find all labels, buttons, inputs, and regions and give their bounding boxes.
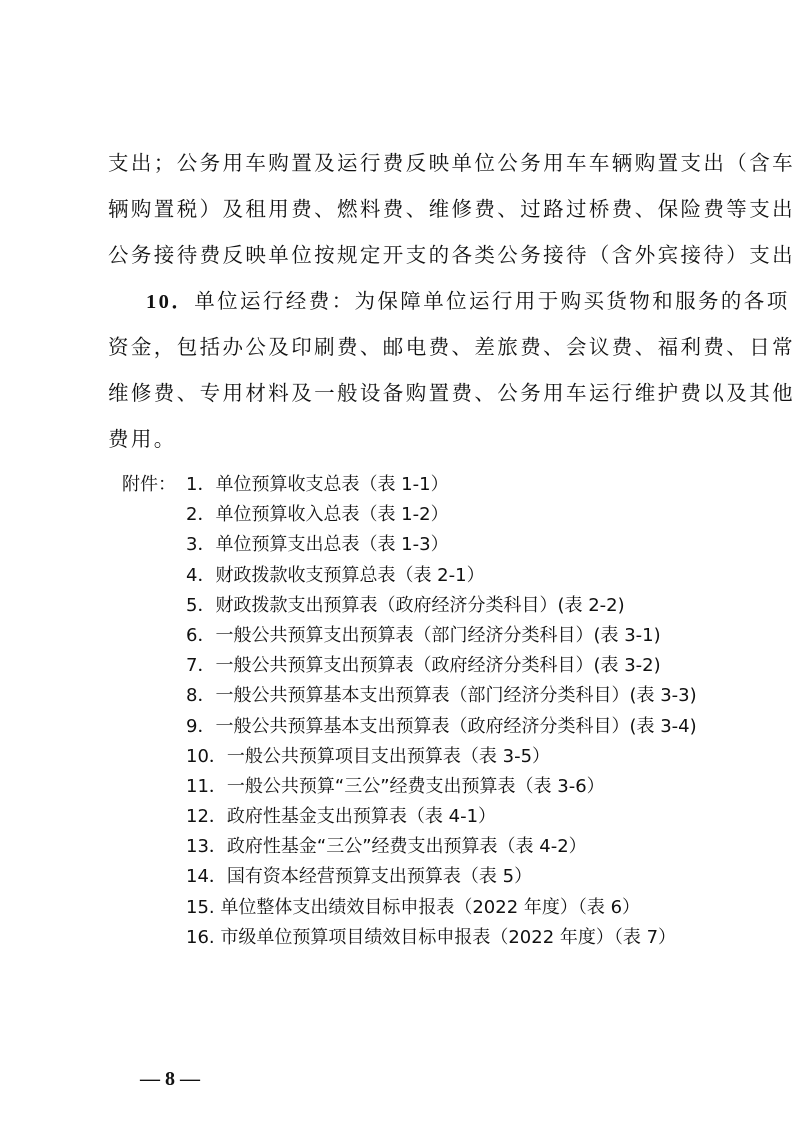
paragraph-line: 费用。 — [108, 416, 708, 462]
list-item: 3．单位预算支出总表（表 1-3） — [122, 530, 742, 560]
list-item: 13．政府性基金“三公”经费支出预算表（表 4-2） — [122, 832, 742, 862]
list-item: 5．财政拨款支出预算表（政府经济分类科目）(表 2-2) — [122, 591, 742, 621]
list-item: 11．一般公共预算“三公”经费支出预算表（表 3-6） — [122, 772, 742, 802]
list-item: 2．单位预算收入总表（表 1-2） — [122, 500, 742, 530]
list-item: 4．财政拨款收支预算总表（表 2-1） — [122, 561, 742, 591]
paragraph-line: 维修费、专用材料及一般设备购置费、公务用车运行维护费以及其他 — [108, 370, 708, 416]
paragraph-line: 资金，包括办公及印刷费、邮电费、差旅费、会议费、福利费、日常 — [108, 324, 708, 370]
paragraph-line: 10．单位运行经费：为保障单位运行用于购买货物和服务的各项 — [108, 278, 708, 324]
list-item: 10．一般公共预算项目支出预算表（表 3-5） — [122, 742, 742, 772]
list-item: 9．一般公共预算基本支出预算表（政府经济分类科目）(表 3-4) — [122, 712, 742, 742]
list-item: 8．一般公共预算基本支出预算表（部门经济分类科目）(表 3-3) — [122, 681, 742, 711]
paragraph-text: 单位运行经费：为保障单位运行用于购买货物和服务的各项 — [194, 289, 789, 313]
attachments-label: 附件： — [122, 470, 186, 500]
list-item: 7．一般公共预算支出预算表（政府经济分类科目）(表 3-2) — [122, 651, 742, 681]
paragraph-line: 支出；公务用车购置及运行费反映单位公务用车车辆购置支出（含车 — [108, 140, 708, 186]
page-number: — 8 — — [140, 1068, 200, 1091]
list-item: 6．一般公共预算支出预算表（部门经济分类科目）(表 3-1) — [122, 621, 742, 651]
document-page: 支出；公务用车购置及运行费反映单位公务用车车辆购置支出（含车 辆购置税）及租用费… — [0, 0, 793, 1122]
item-number: 10． — [146, 291, 194, 313]
attachments-list: 附件：1．单位预算收支总表（表 1-1） 2．单位预算收入总表（表 1-2） 3… — [122, 470, 742, 953]
list-item: 15. 单位整体支出绩效目标申报表（2022 年度）（表 6） — [122, 893, 742, 923]
list-item: 16. 市级单位预算项目绩效目标申报表（2022 年度）（表 7） — [122, 923, 742, 953]
list-item: 12．政府性基金支出预算表（表 4-1） — [122, 802, 742, 832]
list-item: 14．国有资本经营预算支出预算表（表 5） — [122, 862, 742, 892]
body-text: 支出；公务用车购置及运行费反映单位公务用车车辆购置支出（含车 辆购置税）及租用费… — [108, 140, 708, 462]
paragraph-line: 公务接待费反映单位按规定开支的各类公务接待（含外宾接待）支出。 — [108, 232, 708, 278]
list-item: 附件：1．单位预算收支总表（表 1-1） — [122, 470, 742, 500]
paragraph-line: 辆购置税）及租用费、燃料费、维修费、过路过桥费、保险费等支出； — [108, 186, 708, 232]
